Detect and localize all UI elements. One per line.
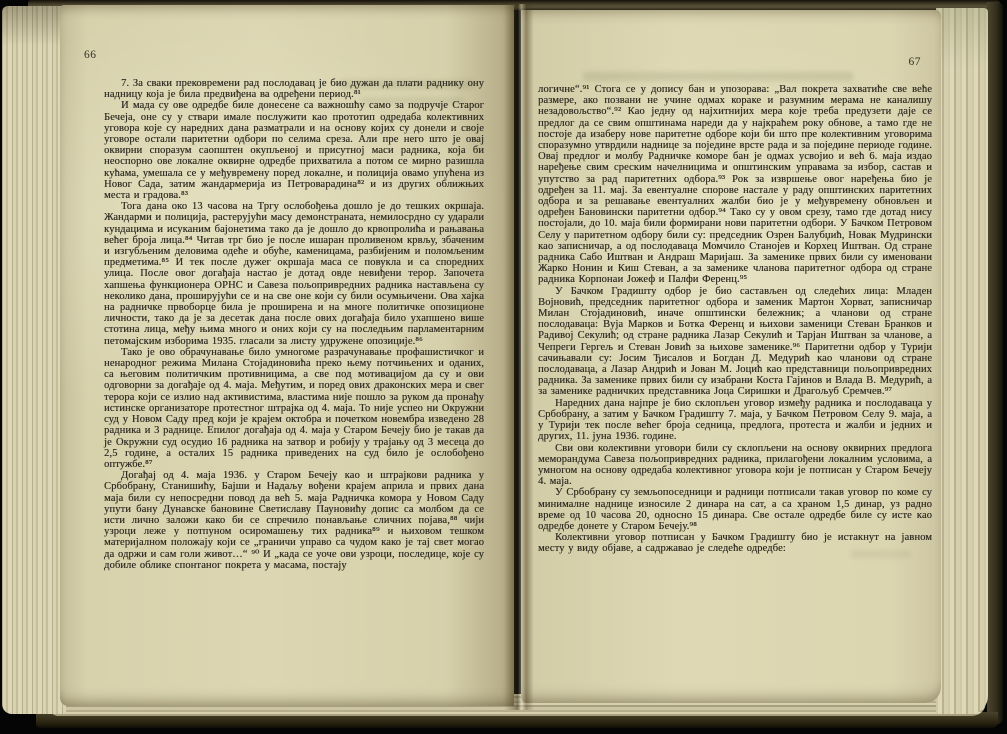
book-cover-edge-right [987,2,1003,724]
paragraph: Наредних дана најпре је био склопљен уго… [538,398,932,443]
paragraph: И мада су ове одредбе биле донесене са в… [104,100,484,201]
right-page-text: логичне“.⁹¹ Стога се у допису бан и упоз… [538,84,932,555]
paragraph: Сви ови колективни уговори били су склоп… [538,443,932,488]
left-page-text: 7. За сваки прековремени рад послодавац … [104,78,484,571]
book-spread: 66 7. За сваки прековремени рад послодав… [0,0,1007,734]
paragraph: Тако је ово обрачунавање било умногоме р… [104,347,484,470]
paragraph: Догађај од 4. маја 1936. у Старом Бечеју… [104,470,484,571]
page-edge-stack-left [2,6,66,714]
left-page: 66 7. За сваки прековремени рад послодав… [60,5,514,706]
paragraph: У Бачком Градишту одбор је био састављен… [538,286,932,398]
paragraph: У Србобрану су земљопоседници и радници … [538,487,932,532]
paragraph: Тога дана око 13 часова на Тргу ослобође… [104,201,484,347]
paragraph: логичне“.⁹¹ Стога се у допису бан и упоз… [538,84,932,286]
paragraph: Колективни уговор потписан у Бачком Град… [538,532,932,554]
right-page: 67 логичне“.⁹¹ Стога се у допису бан и у… [521,10,941,703]
show-through-smudge [583,72,853,81]
page-edge-stack-right [936,8,988,714]
page-number-left: 66 [84,49,97,61]
paragraph: 7. За сваки прековремени рад послодавац … [104,78,484,100]
page-number-right: 67 [909,56,922,68]
